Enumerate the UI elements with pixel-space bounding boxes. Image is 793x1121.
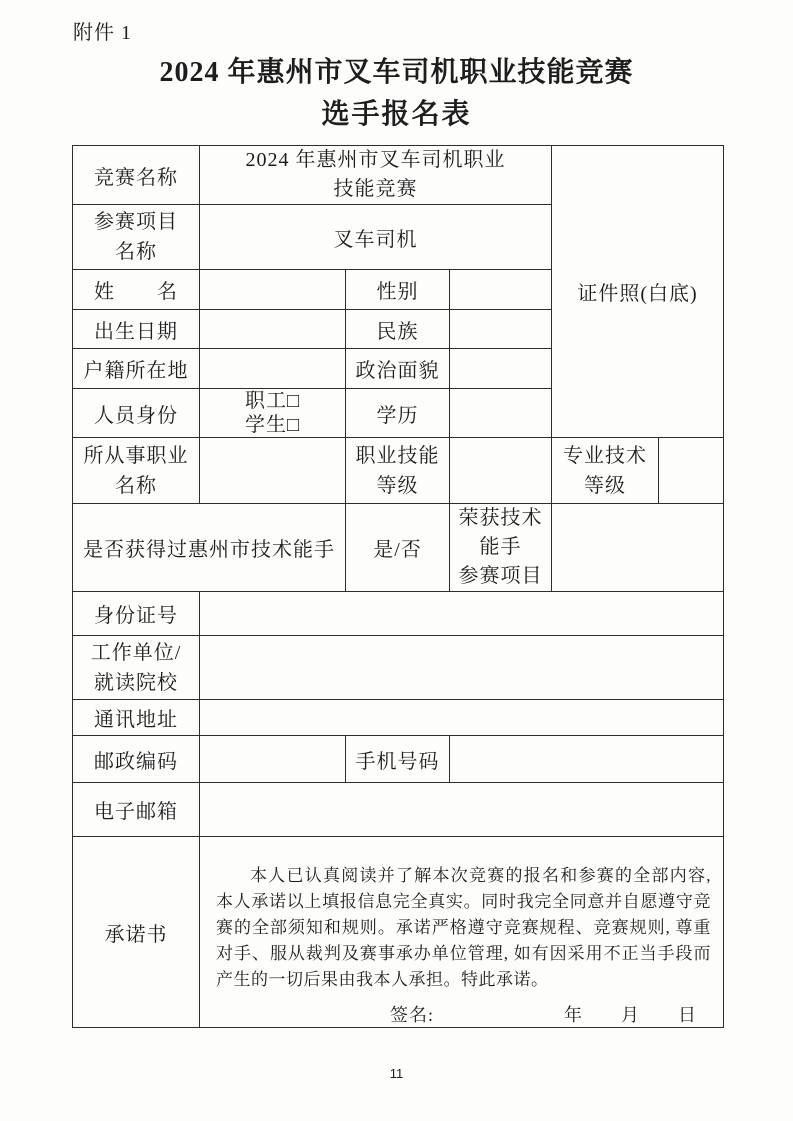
id-number-label: 身份证号 [73, 592, 200, 636]
residence-label: 户籍所在地 [73, 349, 200, 389]
email-label: 电子邮箱 [73, 783, 200, 837]
mobile-label: 手机号码 [346, 736, 450, 783]
address-value-cell [200, 700, 724, 736]
row-competition-name: 竞赛名称 2024 年惠州市叉车司机职业 技能竞赛 证件照(白底) [73, 146, 724, 205]
row-address: 通讯地址 [73, 700, 724, 736]
gender-value-cell [450, 270, 552, 310]
address-label: 通讯地址 [73, 700, 200, 736]
identity-options: 职工□ 学生□ [200, 389, 346, 438]
registration-form-table: 竞赛名称 2024 年惠州市叉车司机职业 技能竞赛 证件照(白底) 参赛项目 名… [72, 145, 724, 1028]
email-value-cell [200, 783, 724, 837]
id-number-value-cell [200, 592, 724, 636]
ethnicity-label: 民族 [346, 310, 450, 349]
event-name-value: 叉车司机 [200, 205, 552, 270]
postal-code-label: 邮政编码 [73, 736, 200, 783]
political-status-label: 政治面貌 [346, 349, 450, 389]
ethnicity-value-cell [450, 310, 552, 349]
row-tech-expert: 是否获得过惠州市技术能手 是/否 荣获技术能手 参赛项目 [73, 504, 724, 592]
name-value-cell [200, 270, 346, 310]
row-email: 电子邮箱 [73, 783, 724, 837]
document-title-line1: 2024 年惠州市叉车司机职业技能竞赛 [0, 50, 793, 90]
row-id-number: 身份证号 [73, 592, 724, 636]
row-pledge: 承诺书 本人已认真阅读并了解本次竞赛的报名和参赛的全部内容, 本人承诺以上填报信… [73, 837, 724, 1028]
expert-event-value-cell [552, 504, 724, 592]
tech-title-label: 专业技术 等级 [552, 438, 659, 504]
education-value-cell [450, 389, 552, 438]
page-number: 11 [0, 1066, 793, 1081]
tech-expert-value: 是/否 [346, 504, 450, 592]
event-name-label: 参赛项目 名称 [73, 205, 200, 270]
education-label: 学历 [346, 389, 450, 438]
employer-value-cell [200, 636, 724, 700]
competition-name-label: 竞赛名称 [73, 146, 200, 205]
row-postal-mobile: 邮政编码 手机号码 [73, 736, 724, 783]
signature-label: 签名: [390, 1001, 434, 1027]
document-title-line2: 选手报名表 [0, 92, 793, 132]
row-occupation-levels: 所从事职业 名称 职业技能 等级 专业技术 等级 [73, 438, 724, 504]
pledge-text: 本人已认真阅读并了解本次竞赛的报名和参赛的全部内容, 本人承诺以上填报信息完全真… [200, 837, 723, 993]
skill-level-value-cell [450, 438, 552, 504]
competition-name-value: 2024 年惠州市叉车司机职业 技能竞赛 [200, 146, 552, 205]
photo-cell: 证件照(白底) [552, 146, 724, 438]
row-employer: 工作单位/ 就读院校 [73, 636, 724, 700]
expert-event-label: 荣获技术能手 参赛项目 [450, 504, 552, 592]
pledge-content-cell: 本人已认真阅读并了解本次竞赛的报名和参赛的全部内容, 本人承诺以上填报信息完全真… [200, 837, 724, 1028]
postal-code-value-cell [200, 736, 346, 783]
mobile-value-cell [450, 736, 724, 783]
residence-value-cell [200, 349, 346, 389]
document-page: 附件 1 2024 年惠州市叉车司机职业技能竞赛 选手报名表 竞赛名称 2024… [0, 0, 793, 1121]
political-status-value-cell [450, 349, 552, 389]
occupation-label: 所从事职业 名称 [73, 438, 200, 504]
attachment-label: 附件 1 [73, 16, 132, 45]
tech-title-value-cell [659, 438, 724, 504]
identity-label: 人员身份 [73, 389, 200, 438]
birth-date-value-cell [200, 310, 346, 349]
birth-date-label: 出生日期 [73, 310, 200, 349]
signature-row: 签名: 年 月 日 [200, 1001, 723, 1027]
gender-label: 性别 [346, 270, 450, 310]
occupation-value-cell [200, 438, 346, 504]
employer-label: 工作单位/ 就读院校 [73, 636, 200, 700]
skill-level-label: 职业技能 等级 [346, 438, 450, 504]
pledge-label: 承诺书 [73, 837, 200, 1028]
tech-expert-label: 是否获得过惠州市技术能手 [73, 504, 346, 592]
name-label: 姓 名 [73, 270, 200, 310]
date-label: 年 月 日 [564, 1001, 697, 1027]
